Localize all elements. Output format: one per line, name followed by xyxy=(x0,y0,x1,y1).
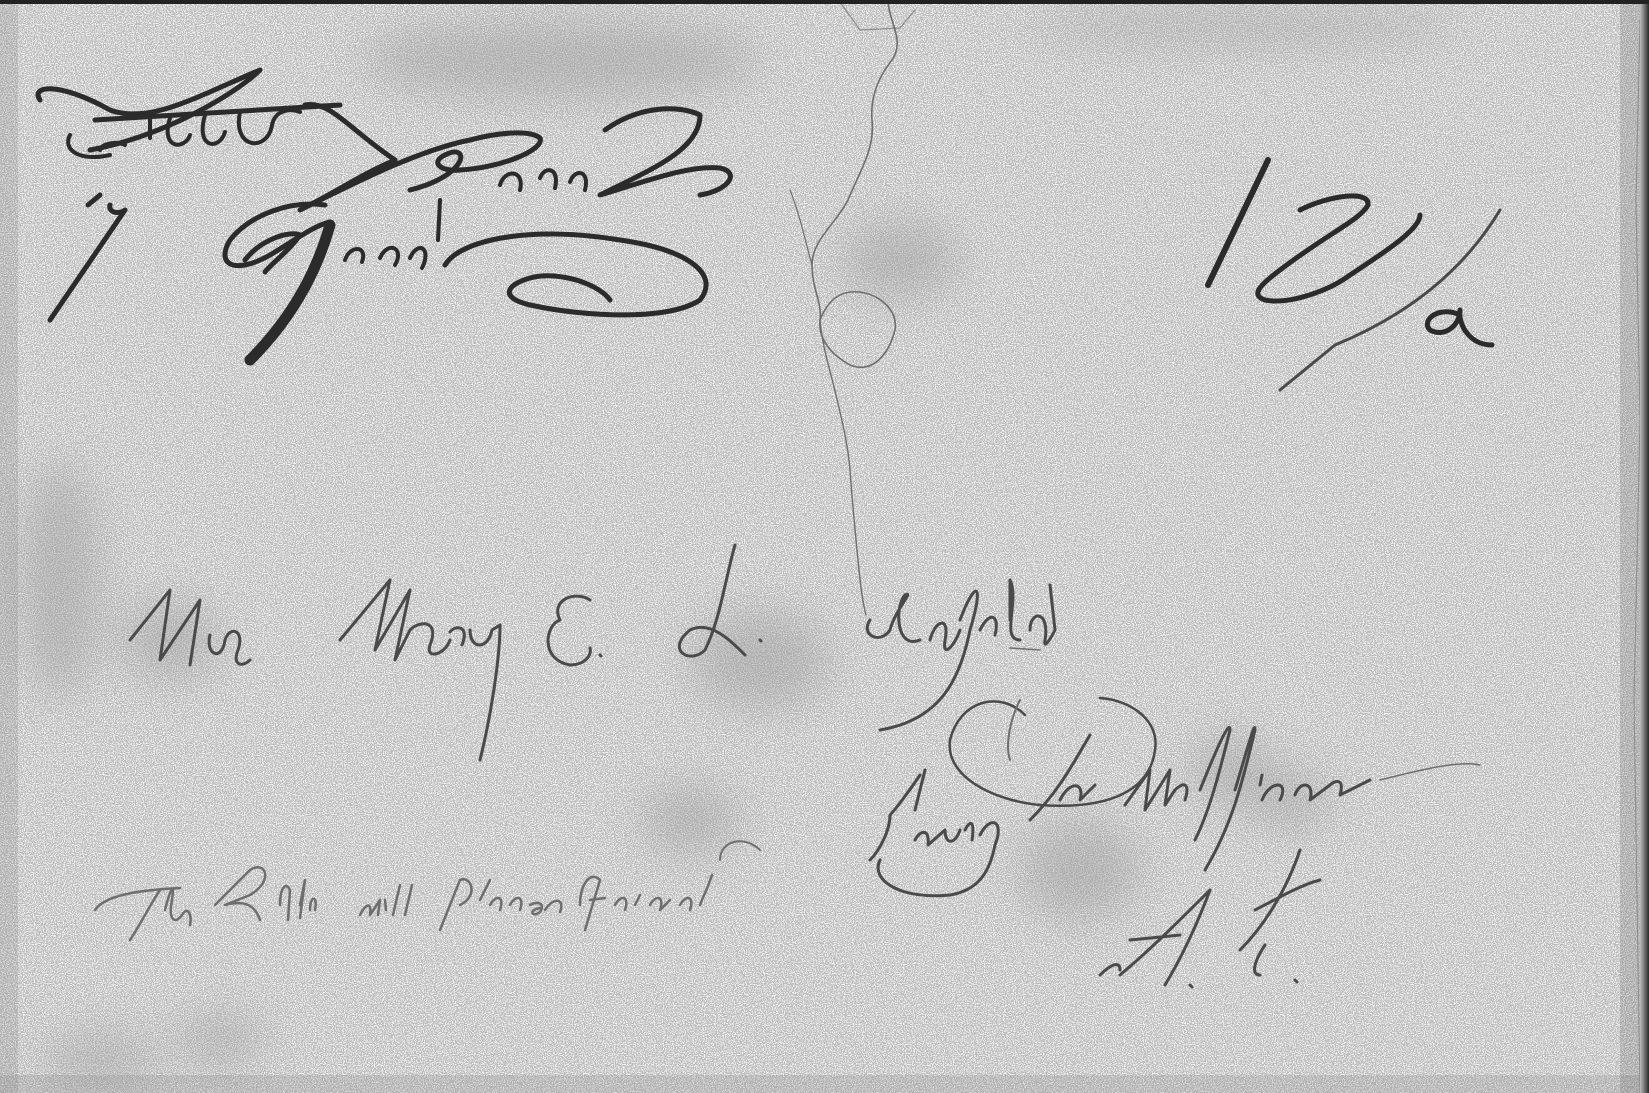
forwarding-instruction xyxy=(95,841,760,940)
scan-border-top xyxy=(0,0,1649,4)
handwriting-layer xyxy=(0,0,1642,1093)
address-line-1 xyxy=(130,545,1055,760)
photocopy-noise xyxy=(0,0,1642,1093)
address-line-3 xyxy=(1100,850,1320,987)
postmark-date xyxy=(50,195,706,360)
postmark-little-rock xyxy=(38,70,730,210)
envelope-scan: Little Rock 17 April 12½ Mrs Mary E. L. … xyxy=(0,0,1642,1093)
paper-tear xyxy=(0,0,1642,1093)
rate-marking xyxy=(1208,160,1500,390)
scan-border-right xyxy=(1640,0,1649,1093)
address-line-2 xyxy=(870,698,1480,896)
